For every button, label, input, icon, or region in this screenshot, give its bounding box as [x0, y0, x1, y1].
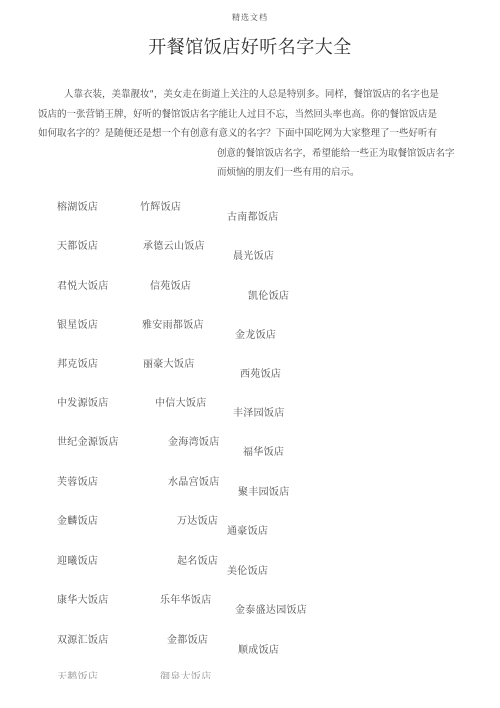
restaurant-name: 芙蓉饭店 — [57, 477, 98, 488]
name-row: 芙蓉饭店 水晶宫饭店 聚丰园饭店 — [0, 477, 500, 503]
restaurant-name: 世纪金源饭店 — [57, 437, 119, 448]
restaurant-name: 银星饭店 — [57, 320, 98, 331]
restaurant-name: 美伦饭店 — [227, 566, 268, 577]
document-page: 精选文档 开餐馆饭店好听名字大全 人靠衣装，美靠靓妆"，美女走在街道上关注的人总… — [0, 0, 500, 708]
restaurant-name: 聚丰园饭店 — [238, 487, 290, 498]
restaurant-name: 福华饭店 — [243, 447, 284, 458]
name-row: 世纪金源饭店 金海湾饭店 福华饭店 — [0, 437, 500, 463]
restaurant-name: 竹辉饭店 — [140, 202, 181, 213]
restaurant-name: 金海湾饭店 — [168, 437, 220, 448]
restaurant-name: 信苑饭店 — [150, 281, 191, 292]
name-row: 康华大饭店 乐年华饭店 金泰盛达园饭店 — [0, 595, 500, 621]
name-row: 银星饭店 雅安雨都饭店 金龙饭店 — [0, 320, 500, 346]
restaurant-name: 御泉大饭店 — [160, 672, 212, 679]
name-row: 迎曦饭店 起名饭店 美伦饭店 — [0, 556, 500, 582]
restaurant-name: 天鹅饭店 — [57, 672, 98, 679]
name-row-clipped: 天鹅饭店 御泉大饭店 — [0, 671, 500, 679]
restaurant-name: 中发源饭店 — [57, 398, 109, 409]
restaurant-name: 古南都饭店 — [227, 212, 279, 223]
restaurant-name: 水晶宫饭店 — [168, 477, 220, 488]
restaurant-name: 西苑饭店 — [240, 369, 281, 380]
restaurant-name: 承德云山饭店 — [143, 241, 205, 252]
name-row: 中发源饭店 中信大饭店 丰泽园饭店 — [0, 398, 500, 424]
name-row: 金麟饭店 万达饭店 通豪饭店 — [0, 516, 500, 542]
name-row: 邦克饭店 丽豪大饭店 西苑饭店 — [0, 359, 500, 385]
restaurant-name: 凯伦饭店 — [248, 291, 289, 302]
restaurant-name: 金都饭店 — [167, 635, 208, 646]
restaurant-name: 晨光饭店 — [233, 251, 274, 262]
restaurant-name: 丰泽园饭店 — [233, 408, 285, 419]
restaurant-name: 通豪饭店 — [227, 526, 268, 537]
restaurant-name: 邦克饭店 — [57, 359, 98, 370]
restaurant-name: 万达饭店 — [177, 516, 218, 527]
restaurant-name: 雅安雨都饭店 — [142, 320, 204, 331]
name-row: 君悦大饭店 信苑饭店 凯伦饭店 — [0, 281, 500, 307]
name-row: 双源汇饭店 金都饭店 顺成饭店 — [0, 635, 500, 661]
restaurant-name: 中信大饭店 — [155, 398, 207, 409]
restaurant-name: 金泰盛达园饭店 — [235, 605, 307, 616]
name-row: 榕湖饭店 竹辉饭店 古南都饭店 — [0, 202, 500, 228]
restaurant-name: 榕湖饭店 — [57, 202, 98, 213]
restaurant-name: 金龙饭店 — [235, 330, 276, 341]
restaurant-name: 康华大饭店 — [57, 595, 109, 606]
restaurant-name: 顺成饭店 — [238, 645, 279, 656]
restaurant-name: 双源汇饭店 — [57, 635, 109, 646]
restaurant-name: 迎曦饭店 — [57, 556, 98, 567]
restaurant-name: 天都饭店 — [57, 241, 98, 252]
restaurant-name: 丽豪大饭店 — [143, 359, 195, 370]
restaurant-name: 乐年华饭店 — [160, 595, 212, 606]
restaurant-name-list: 榕湖饭店 竹辉饭店 古南都饭店 天都饭店 承德云山饭店 晨光饭店 君悦大饭店 信… — [0, 0, 500, 708]
restaurant-name: 君悦大饭店 — [57, 281, 109, 292]
restaurant-name: 起名饭店 — [177, 556, 218, 567]
name-row: 天都饭店 承德云山饭店 晨光饭店 — [0, 241, 500, 267]
restaurant-name: 金麟饭店 — [57, 516, 98, 527]
